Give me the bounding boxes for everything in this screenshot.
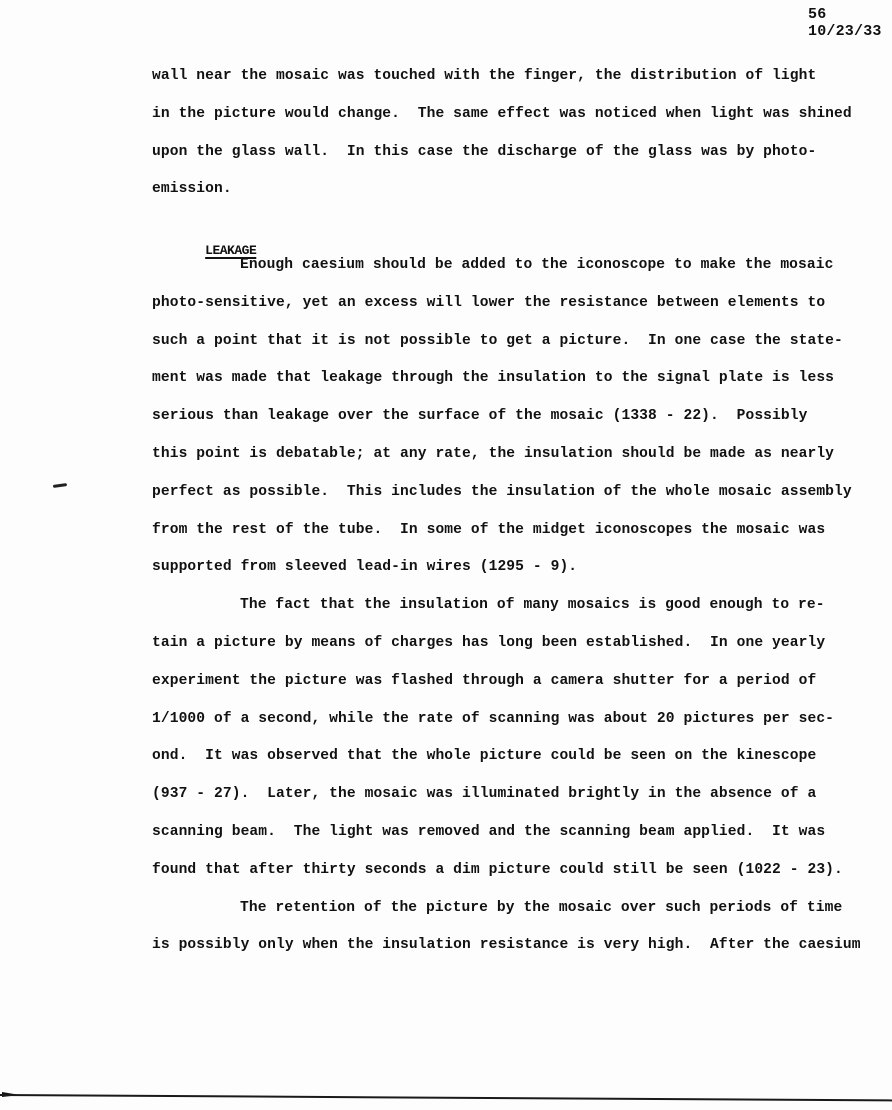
page-date: 10/23/33 <box>808 23 882 40</box>
text-line: The fact that the insulation of many mos… <box>152 593 882 631</box>
section-heading-row: LEAKAGE <box>152 215 882 253</box>
text-line: from the rest of the tube. In some of th… <box>152 518 882 556</box>
text-line: is possibly only when the insulation res… <box>152 933 882 971</box>
text-line: The retention of the picture by the mosa… <box>152 896 882 934</box>
text-line: 1/1000 of a second, while the rate of sc… <box>152 707 882 745</box>
text-line: perfect as possible. This includes the i… <box>152 480 882 518</box>
text-line: photo-sensitive, yet an excess will lowe… <box>152 291 882 329</box>
text-line: tain a picture by means of charges has l… <box>152 631 882 669</box>
text-line: found that after thirty seconds a dim pi… <box>152 858 882 896</box>
text-line: experiment the picture was flashed throu… <box>152 669 882 707</box>
text-line: emission. <box>152 177 882 215</box>
text-line: (937 - 27). Later, the mosaic was illumi… <box>152 782 882 820</box>
text-line: Enough caesium should be added to the ic… <box>152 253 882 291</box>
page-number: 56 <box>808 6 882 23</box>
text-line: wall near the mosaic was touched with th… <box>152 64 882 102</box>
text-line: ment was made that leakage through the i… <box>152 366 882 404</box>
text-line: upon the glass wall. In this case the di… <box>152 140 882 178</box>
margin-mark <box>53 483 67 488</box>
bottom-rule <box>0 1094 892 1101</box>
text-line: in the picture would change. The same ef… <box>152 102 882 140</box>
text-line: supported from sleeved lead-in wires (12… <box>152 555 882 593</box>
text-line: scanning beam. The light was removed and… <box>152 820 882 858</box>
body-text: wall near the mosaic was touched with th… <box>152 64 882 971</box>
text-line: this point is debatable; at any rate, th… <box>152 442 882 480</box>
document-page: 56 10/23/33 wall near the mosaic was tou… <box>0 0 892 1110</box>
text-line: ond. It was observed that the whole pict… <box>152 744 882 782</box>
text-line: such a point that it is not possible to … <box>152 329 882 367</box>
text-line: serious than leakage over the surface of… <box>152 404 882 442</box>
page-header: 56 10/23/33 <box>808 6 882 40</box>
